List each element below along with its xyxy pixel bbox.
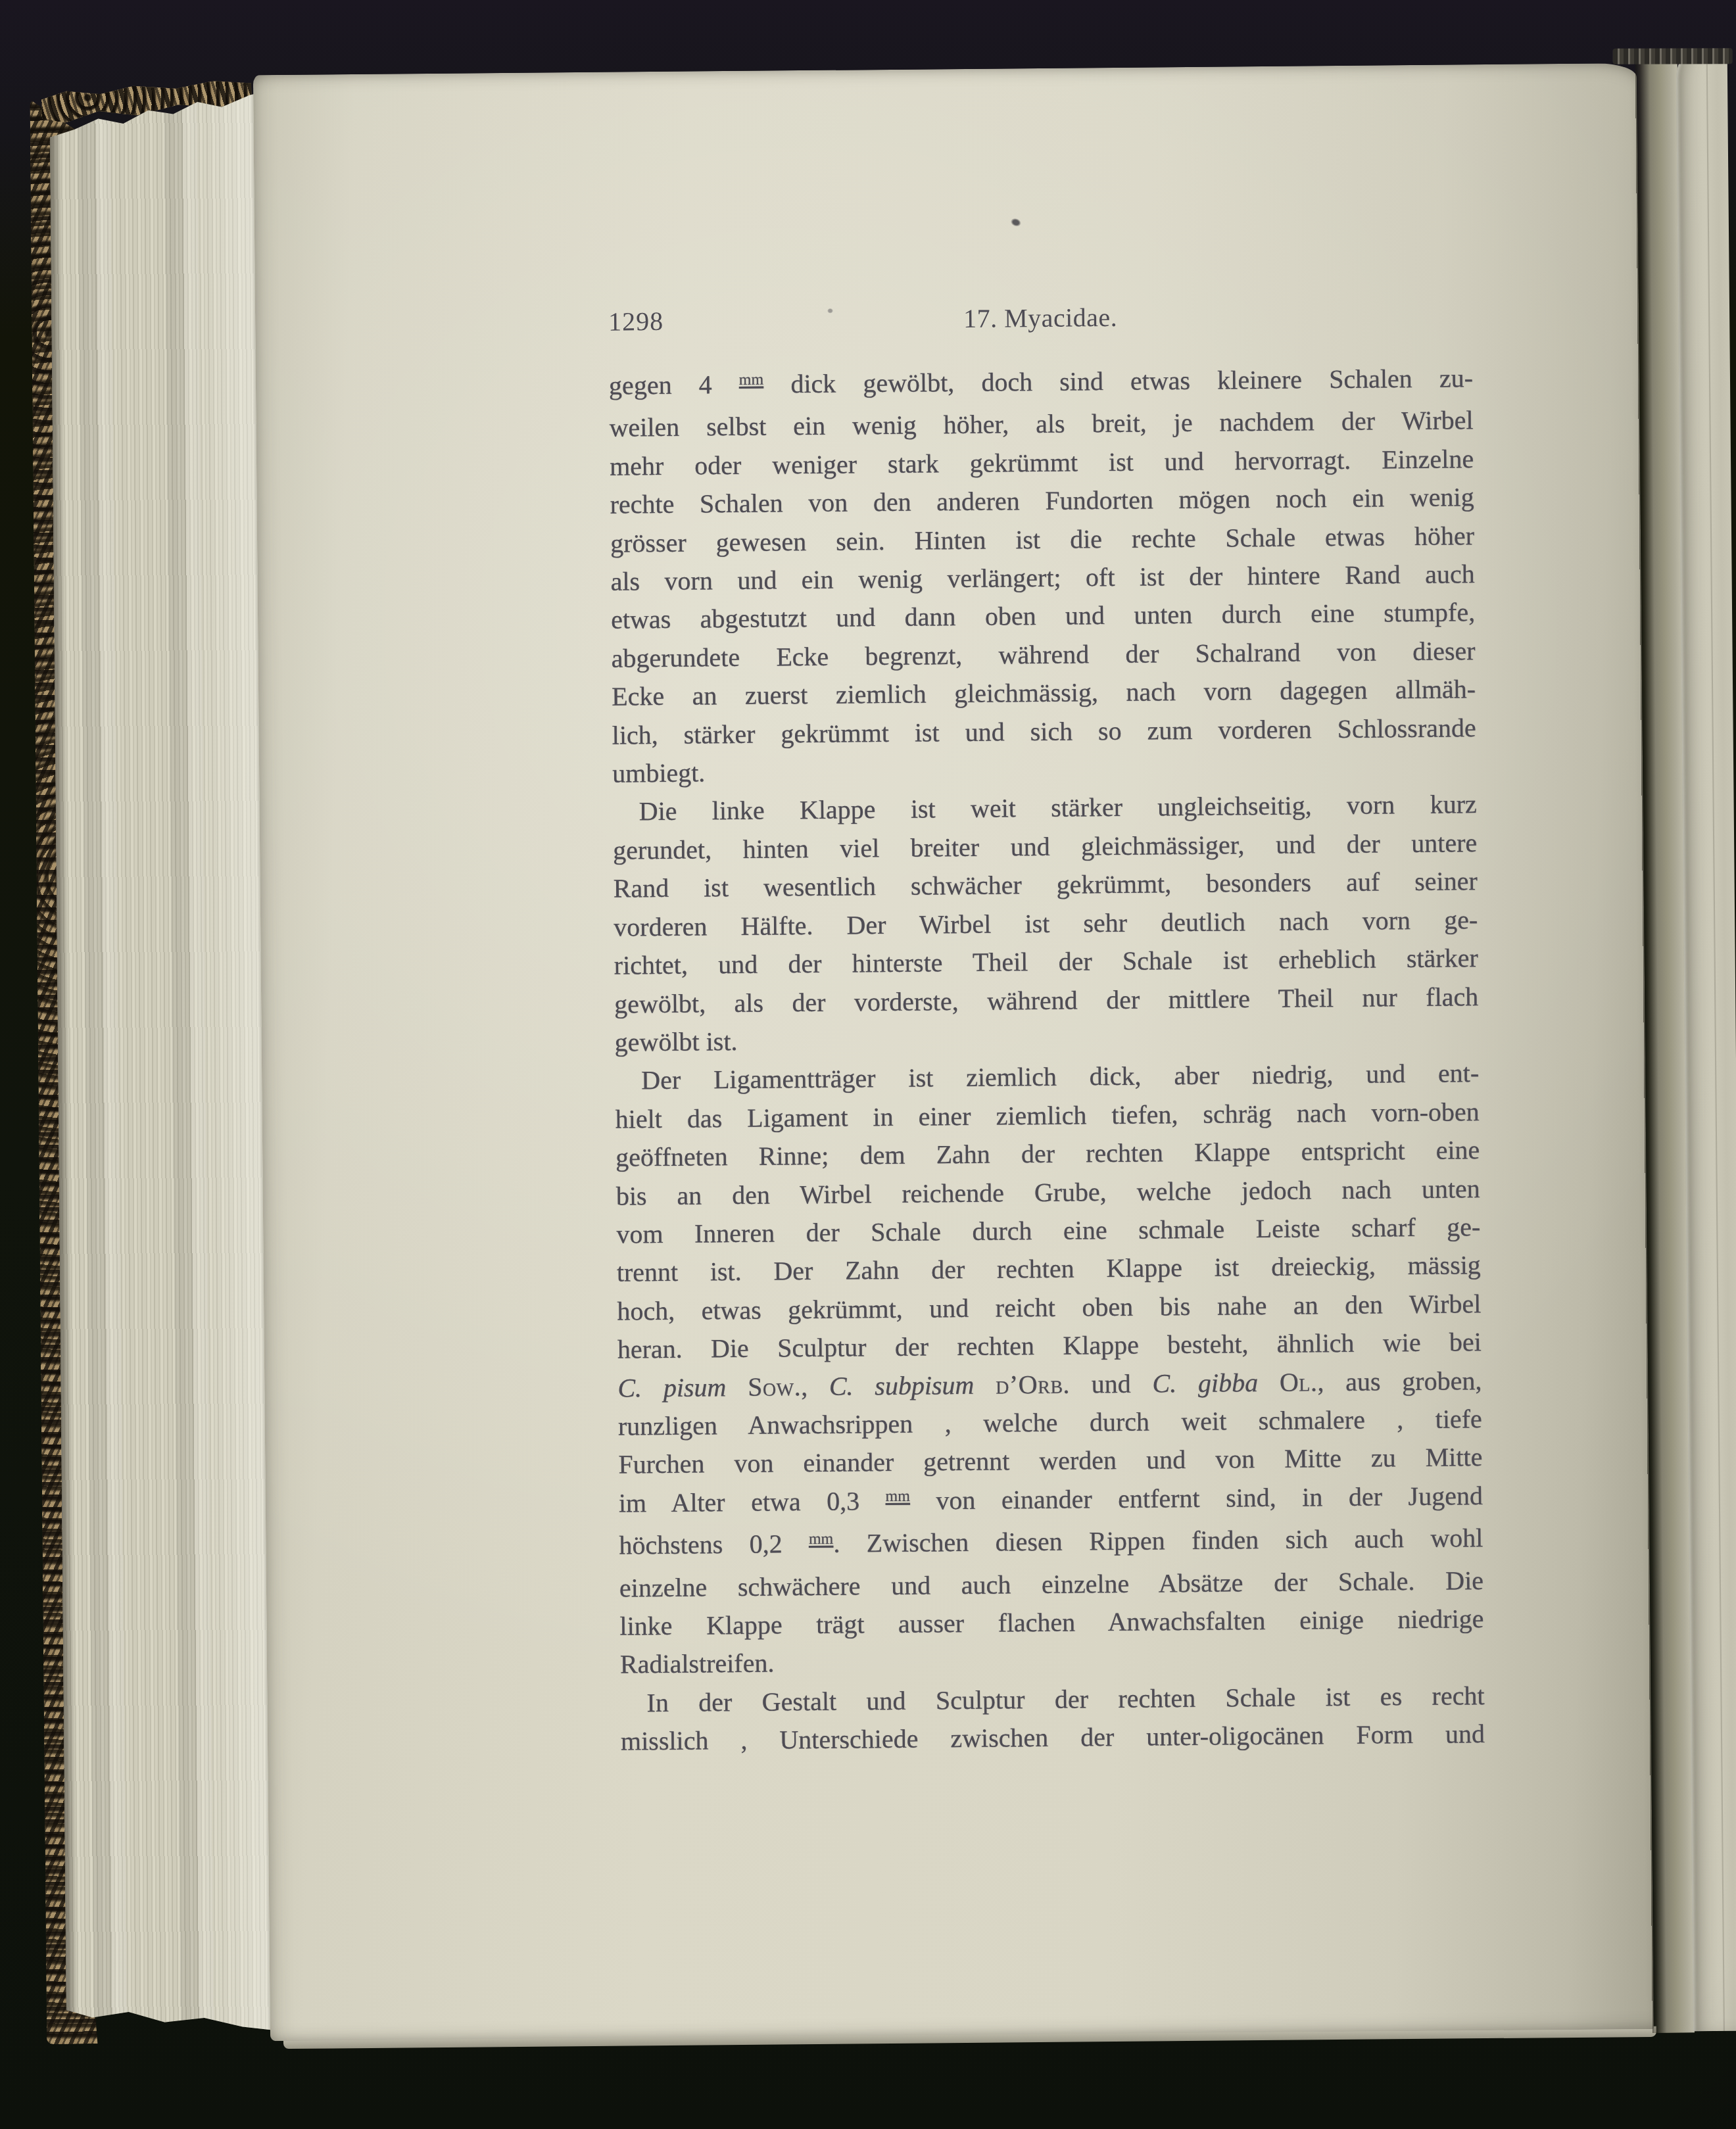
text-line: geöffneten Rinne; dem Zahn der rechten K… (615, 1131, 1480, 1177)
text-line: gewölbt, als der vorderste, während der … (614, 978, 1478, 1024)
open-book: 1298 17. Myacidae. gegen 4 mm dick gewöl… (30, 59, 1736, 2065)
paper-speck (827, 308, 833, 314)
headband-icon (1613, 48, 1733, 64)
text-line: Ecke an zuerst ziemlich gleichmässig, na… (612, 670, 1476, 716)
paper-speck (1009, 217, 1022, 228)
text-line: linke Klappe trägt ausser flachen Anwach… (619, 1600, 1483, 1646)
book-page: 1298 17. Myacidae. gegen 4 mm dick gewöl… (253, 63, 1654, 2041)
text-line: rechte Schalen von den anderen Fundorten… (610, 478, 1474, 524)
text-line: gegen 4 mm dick gewölbt, doch sind etwas… (609, 359, 1474, 409)
page-number: 1298 (608, 306, 663, 338)
text-line: heran. Die Sculptur der rechten Klappe b… (617, 1323, 1482, 1369)
text-line: lich, stärker gekrümmt ist und sich so z… (612, 709, 1476, 755)
running-title: 17. Myacidae. (608, 299, 1472, 337)
text-line: misslich , Unterschiede zwischen der unt… (621, 1715, 1485, 1761)
text-line: im Alter etwa 0,3 mm von einander entfer… (619, 1477, 1483, 1527)
text-line: höchstens 0,2 mm. Zwischen diesen Rippen… (619, 1519, 1483, 1569)
text-line: Rand ist wesentlich schwächer gekrümmt, … (613, 862, 1477, 908)
page-header: 1298 17. Myacidae. (608, 299, 1472, 340)
text-block: gegen 4 mm dick gewölbt, doch sind etwas… (609, 359, 1485, 1761)
text-line: richtet, und der hinterste Theil der Sch… (614, 939, 1478, 985)
photo-background: 1298 17. Myacidae. gegen 4 mm dick gewöl… (0, 0, 1736, 2129)
